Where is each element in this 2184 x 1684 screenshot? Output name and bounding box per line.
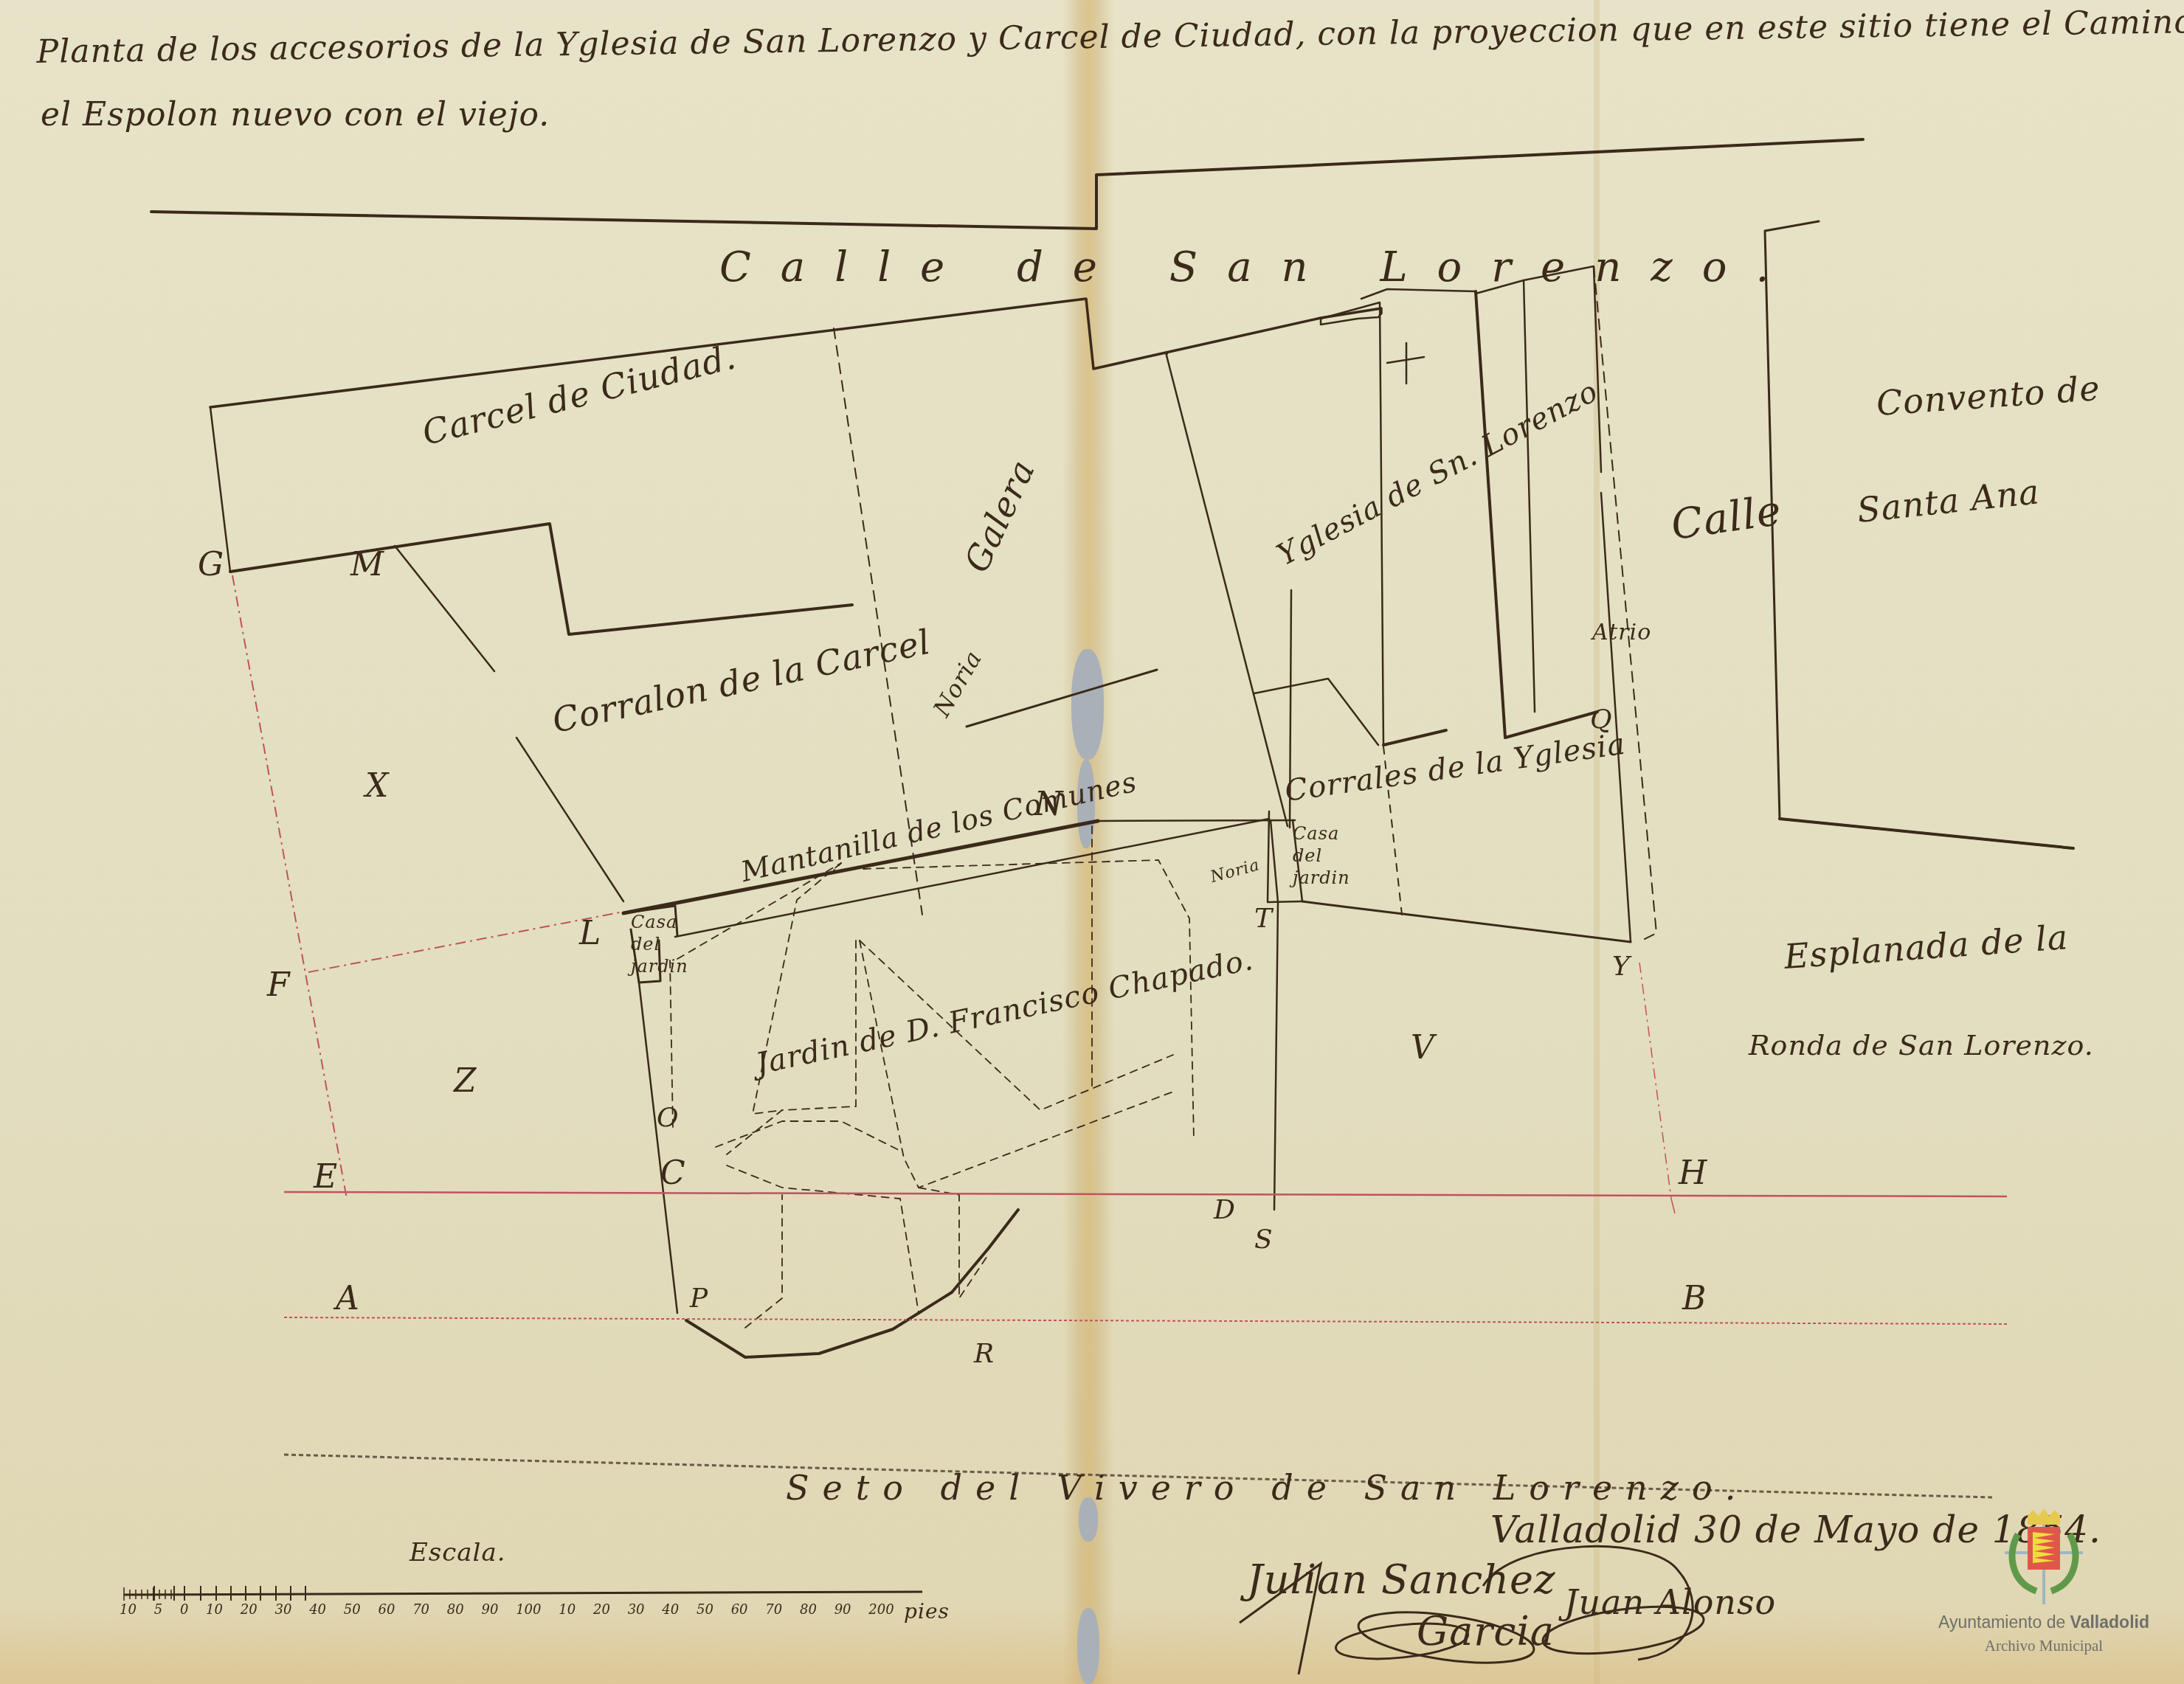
carcel-outline: [210, 299, 1381, 407]
projection-line-y-h: [1639, 963, 1671, 1199]
scale-unit: pies: [904, 1599, 950, 1624]
scale-tick: 5: [154, 1602, 162, 1618]
projection-line-c-h: [284, 1192, 2007, 1196]
scale-title: Escala.: [409, 1538, 506, 1567]
label-seto-vivero: Seto del Vivero de San Lorenzo.: [786, 1468, 1749, 1508]
iglesia-outline: [1321, 313, 1381, 325]
church-cross-icon: [1387, 343, 1424, 384]
point-label-s: S: [1254, 1224, 1274, 1255]
label-calle-san-lorenzo: Calle de San Lorenzo.: [719, 243, 1798, 291]
watermark-org-name: Valladolid: [2070, 1612, 2149, 1632]
scale-tick: 50: [697, 1602, 713, 1618]
scale-tick: 70: [412, 1602, 429, 1618]
scale-tick: 70: [765, 1602, 782, 1618]
scale-tick: 30: [628, 1602, 645, 1618]
point-label-v: V: [1411, 1029, 1435, 1067]
label-atrio: Atrio: [1592, 620, 1651, 645]
scale-tick: 10: [559, 1602, 576, 1618]
scale-tick: 50: [344, 1602, 361, 1618]
valladolid-crest-icon: [2003, 1508, 2084, 1608]
scale-tick: 90: [834, 1602, 851, 1618]
point-label-n: N: [1034, 786, 1064, 823]
point-label-t: T: [1254, 904, 1273, 934]
point-label-d: D: [1214, 1195, 1236, 1225]
projection-line-a-b: [284, 1317, 2007, 1324]
point-label-b: B: [1682, 1280, 1707, 1317]
scale-tick: 30: [274, 1602, 291, 1618]
watermark-org-prefix: Ayuntamiento de: [1938, 1612, 2070, 1632]
archive-watermark: Ayuntamiento de Valladolid Archivo Munic…: [1918, 1508, 2169, 1655]
document-title-line-2: el Espolon nuevo con el viejo.: [41, 96, 550, 134]
signature-flourish: [1225, 1542, 1889, 1684]
scale-tick: 200: [868, 1602, 894, 1618]
scale-tick: 80: [447, 1602, 464, 1618]
projection-line-f-l: [308, 912, 623, 972]
watermark-archive: Archivo Municipal: [1918, 1637, 2169, 1655]
point-label-r: R: [974, 1339, 995, 1369]
scale-tick: 20: [241, 1602, 258, 1618]
point-label-p: P: [690, 1283, 708, 1314]
projection-line-g-e: [232, 575, 347, 1199]
label-casa-jardin-left: Casa del jardin: [631, 911, 660, 977]
scale-bar: [124, 1586, 922, 1601]
scale-tick: 60: [378, 1602, 395, 1618]
point-label-e: E: [314, 1158, 338, 1196]
carcel-south-wall: [230, 524, 852, 634]
scale-tick: 90: [481, 1602, 498, 1618]
point-label-c: C: [660, 1154, 686, 1192]
point-label-q: Q: [1590, 704, 1613, 735]
scale-tick: 100: [516, 1602, 541, 1618]
point-label-g: G: [198, 546, 224, 583]
label-esplanada-line-2: Ronda de San Lorenzo.: [1749, 1029, 2094, 1061]
point-label-o: O: [657, 1103, 680, 1133]
scale-tick: 10: [206, 1602, 223, 1618]
scale-tick-labels: 10 5 0 10 20 30 40 50 60 70 80 90 100 10…: [120, 1602, 894, 1618]
street-north-edge: [151, 139, 1863, 229]
convento-outline: [1765, 221, 2073, 848]
scale-tick: 10: [120, 1602, 136, 1618]
scale-tick: 60: [731, 1602, 748, 1618]
label-casa-jardin-right: Casa del jardin: [1293, 822, 1322, 889]
scale-tick: 80: [800, 1602, 817, 1618]
point-label-f: F: [267, 966, 291, 1004]
point-label-a: A: [336, 1280, 360, 1317]
point-label-m: M: [350, 546, 384, 583]
point-label-y: Y: [1612, 952, 1631, 982]
point-label-l: L: [579, 915, 601, 952]
point-label-x: X: [365, 767, 389, 805]
point-label-z: Z: [454, 1062, 477, 1100]
scale-tick: 20: [593, 1602, 610, 1618]
scale-tick: 40: [662, 1602, 679, 1618]
watermark-org: Ayuntamiento de Valladolid: [1918, 1612, 2169, 1632]
scale-tick: 0: [180, 1602, 188, 1618]
point-label-h: H: [1679, 1154, 1707, 1192]
scale-tick: 40: [309, 1602, 326, 1618]
